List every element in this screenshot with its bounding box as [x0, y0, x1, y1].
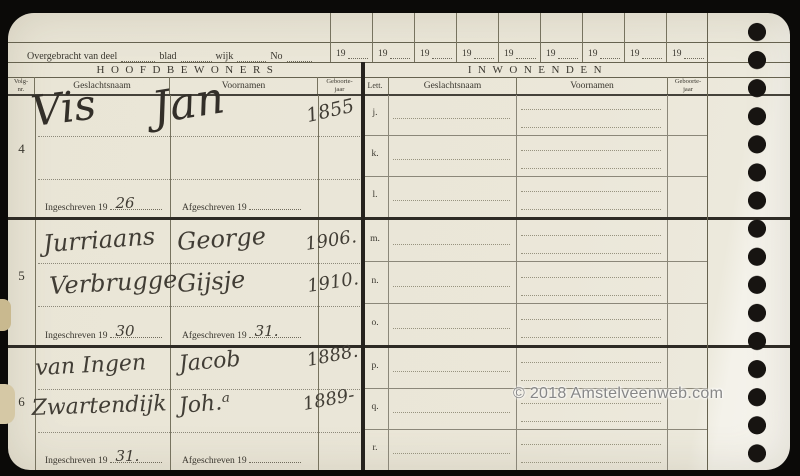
- year-cell: 19: [624, 42, 666, 62]
- writing-line: [521, 209, 661, 210]
- inw-geboortejaar-cell: [668, 262, 708, 303]
- firstname-handwritten: Jacob: [178, 349, 241, 376]
- year-row: 19 19 19 19 19 19 19 19 19: [330, 42, 708, 62]
- dotted-field: 26: [110, 200, 162, 210]
- top-strip-cell: [582, 13, 624, 42]
- writing-line: [38, 263, 360, 264]
- writing-line: [521, 127, 661, 128]
- inwonenden-rows: p. q. r.: [362, 348, 708, 470]
- dotted-field: [287, 52, 312, 62]
- dotted-field: [474, 51, 495, 59]
- year-prefix: 19: [588, 49, 598, 59]
- transfer-label-blad: blad: [159, 51, 176, 62]
- writing-line: [393, 453, 510, 454]
- year-cell: 19: [330, 42, 372, 62]
- ingeschreven-year-handwritten: 26: [116, 194, 135, 212]
- dotted-field: [249, 453, 301, 463]
- dotted-field: [121, 52, 155, 62]
- ingeschreven-year-handwritten: 30: [116, 322, 135, 340]
- writing-line: [521, 380, 661, 381]
- writing-line: [393, 159, 510, 160]
- register-row-4: 4 Vis Jan 1855 Ingeschreven 1926 Afgesch…: [8, 95, 708, 217]
- firstname-handwritten: Gijsje: [176, 267, 246, 296]
- inw-voornamen-cell: [517, 430, 668, 470]
- inw-geboortejaar-cell: [668, 220, 708, 261]
- writing-line: [393, 286, 510, 287]
- inwonende-row: m.: [362, 220, 708, 261]
- writing-line: [521, 337, 661, 338]
- writing-line: [521, 295, 661, 296]
- writing-line: [38, 136, 360, 137]
- letter-cell: p.: [362, 348, 389, 388]
- inw-geslachtsnaam-cell: [389, 348, 517, 388]
- header-geboortejaar: Geboorte-jaar: [318, 77, 362, 94]
- letter-cell: q.: [362, 389, 389, 429]
- year-cell: 19: [414, 42, 456, 62]
- hoofdbewoners-entry: 6 van Ingen Jacob 1888. Zwartendijk Joh.…: [8, 348, 362, 470]
- dotted-field: [558, 51, 579, 59]
- inwonende-row: o.: [362, 303, 708, 345]
- inwonende-row: r.: [362, 429, 708, 470]
- inw-geslachtsnaam-cell: [389, 136, 517, 176]
- year-prefix: 19: [546, 49, 556, 59]
- letter-cell: j.: [362, 95, 389, 135]
- birthyear-handwritten: 1910.: [306, 270, 360, 296]
- writing-line: [38, 432, 360, 433]
- ingeschreven-field: Ingeschreven 1931.: [45, 453, 162, 466]
- year-cell: 19: [456, 42, 498, 62]
- inw-voornamen-cell: [517, 220, 668, 261]
- afgeschreven-field: Afgeschreven 19: [182, 200, 301, 213]
- writing-line: [393, 328, 510, 329]
- firstname-handwritten: Joh.ᵃ: [178, 392, 231, 418]
- year-cell: 19: [582, 42, 624, 62]
- top-strip-cell: [666, 13, 708, 42]
- writing-line: [393, 200, 510, 201]
- top-strip-cell: [372, 13, 414, 42]
- dotted-field: [237, 52, 266, 62]
- dotted-field: [516, 51, 537, 59]
- writing-line: [521, 235, 661, 236]
- register-row-5: 5 Jurriaans George 1906. Verbrugge Gijsj…: [8, 220, 708, 345]
- writing-line: [521, 444, 661, 445]
- firstname-handwritten: George: [176, 224, 266, 254]
- dotted-field: [432, 51, 453, 59]
- inwonenden-rows: j. k. l.: [362, 95, 708, 217]
- inwonenden-title: INWONENDEN: [362, 62, 708, 77]
- dotted-field: [181, 52, 212, 62]
- writing-line: [393, 118, 510, 119]
- writing-line: [38, 179, 360, 180]
- year-cell: 19: [540, 42, 582, 62]
- column-line: [170, 348, 171, 470]
- year-prefix: 19: [336, 49, 346, 59]
- writing-line: [521, 191, 661, 192]
- birthyear-handwritten: 1855: [305, 97, 356, 126]
- ingeschreven-field: Ingeschreven 1930: [45, 328, 162, 341]
- dotted-field: [390, 51, 411, 59]
- row-number: 5: [8, 268, 35, 284]
- writing-line: [521, 150, 661, 151]
- surname-handwritten: Verbrugge: [49, 267, 178, 298]
- writing-line: [393, 244, 510, 245]
- top-strip-cell: [498, 13, 540, 42]
- copyright-watermark: © 2018 Amstelveenweb.com: [513, 385, 723, 403]
- row-number: 4: [8, 141, 35, 157]
- dotted-field: [684, 51, 705, 59]
- afgeschreven-year-handwritten: 31.: [255, 322, 279, 340]
- transfer-label-no: No: [270, 51, 282, 62]
- writing-line: [393, 412, 510, 413]
- inw-geboortejaar-cell: [668, 348, 708, 388]
- dotted-field: 31.: [110, 453, 162, 463]
- inw-geslachtsnaam-cell: [389, 430, 517, 470]
- top-strip-cell: [624, 13, 666, 42]
- inw-voornamen-cell: [517, 136, 668, 176]
- paper-stain: [0, 299, 11, 331]
- writing-line: [393, 371, 510, 372]
- surname-handwritten: Vis: [29, 83, 98, 133]
- inwonende-row: l.: [362, 176, 708, 217]
- inw-voornamen-cell: [517, 304, 668, 345]
- dotted-field: 30: [110, 328, 162, 338]
- section-divider-line: [361, 62, 365, 470]
- afgeschreven-field: Afgeschreven 1931.: [182, 328, 301, 341]
- paper-stain: [0, 384, 15, 424]
- year-prefix: 19: [630, 49, 640, 59]
- writing-line: [521, 421, 661, 422]
- inw-geslachtsnaam-cell: [389, 262, 517, 303]
- inwonenden-rows: m. n. o.: [362, 220, 708, 345]
- header-lett: Lett.: [362, 77, 389, 94]
- dotted-field: [348, 51, 369, 59]
- header-inw-geslachtsnaam: Geslachtsnaam: [389, 77, 517, 94]
- surname-handwritten: van Ingen: [35, 352, 147, 380]
- inw-geslachtsnaam-cell: [389, 95, 517, 135]
- ingeschreven-year-handwritten: 31.: [116, 447, 140, 465]
- inwonende-row: p.: [362, 348, 708, 388]
- inwonende-row: n.: [362, 261, 708, 303]
- inw-geboortejaar-cell: [668, 304, 708, 345]
- inwonende-row: j.: [362, 95, 708, 135]
- hoofdbewoners-entry: 4 Vis Jan 1855 Ingeschreven 1926 Afgesch…: [8, 95, 362, 217]
- year-prefix: 19: [378, 49, 388, 59]
- header-inw-geboortejaar: Geboorte-jaar: [668, 77, 708, 94]
- writing-line: [521, 253, 661, 254]
- year-prefix: 19: [672, 49, 682, 59]
- hoofdbewoners-entry: 5 Jurriaans George 1906. Verbrugge Gijsj…: [8, 220, 362, 345]
- top-strip-cell: [330, 13, 372, 42]
- afgeschreven-field: Afgeschreven 19: [182, 453, 301, 466]
- inw-geboortejaar-cell: [668, 177, 708, 217]
- year-cell: 19: [498, 42, 540, 62]
- inw-voornamen-cell: [517, 177, 668, 217]
- writing-line: [521, 403, 661, 404]
- birthyear-handwritten: 1889-: [302, 386, 356, 414]
- inw-voornamen-cell: [517, 262, 668, 303]
- top-strip-cell: [540, 13, 582, 42]
- letter-cell: r.: [362, 430, 389, 470]
- letter-cell: o.: [362, 304, 389, 345]
- inw-voornamen-cell: [517, 348, 668, 388]
- inw-geslachtsnaam-cell: [389, 389, 517, 429]
- top-strip-cell: [456, 13, 498, 42]
- writing-line: [521, 462, 661, 463]
- surname-handwritten: Jurriaans: [42, 224, 155, 256]
- dotted-field: 31.: [249, 328, 301, 338]
- dotted-field: [642, 51, 663, 59]
- column-line: [35, 220, 36, 345]
- writing-line: [521, 109, 661, 110]
- letter-cell: k.: [362, 136, 389, 176]
- inw-geslachtsnaam-cell: [389, 220, 517, 261]
- surname-handwritten: Zwartendijk: [31, 393, 167, 420]
- year-prefix: 19: [462, 49, 472, 59]
- letter-cell: n.: [362, 262, 389, 303]
- writing-line: [38, 389, 360, 390]
- writing-line: [521, 319, 661, 320]
- firstname-handwritten: Jan: [149, 76, 227, 131]
- punch-holes: [747, 19, 767, 468]
- inw-geslachtsnaam-cell: [389, 304, 517, 345]
- writing-line: [521, 362, 661, 363]
- year-prefix: 19: [504, 49, 514, 59]
- section-titles: HOOFDBEWONERS INWONENDEN: [8, 62, 708, 77]
- writing-line: [521, 168, 661, 169]
- inw-geboortejaar-cell: [668, 95, 708, 135]
- inw-geboortejaar-cell: [668, 430, 708, 470]
- dotted-field: [600, 51, 621, 59]
- letter-cell: l.: [362, 177, 389, 217]
- ingeschreven-field: Ingeschreven 1926: [45, 200, 162, 213]
- register-row-6: 6 van Ingen Jacob 1888. Zwartendijk Joh.…: [8, 348, 708, 470]
- top-strip-cell: [414, 13, 456, 42]
- inw-voornamen-cell: [517, 95, 668, 135]
- inw-geboortejaar-cell: [668, 136, 708, 176]
- writing-line: [521, 277, 661, 278]
- inwonende-row: k.: [362, 135, 708, 176]
- year-cell: 19: [372, 42, 414, 62]
- transfer-label-wijk: wijk: [216, 51, 234, 62]
- transfer-label-deel: Overgebracht van deel: [27, 51, 117, 62]
- inw-geslachtsnaam-cell: [389, 177, 517, 217]
- hoofdbewoners-title: HOOFDBEWONERS: [8, 62, 362, 77]
- header-inw-voornamen: Voornamen: [517, 77, 668, 94]
- year-prefix: 19: [420, 49, 430, 59]
- birthyear-handwritten: 1906.: [304, 228, 358, 254]
- letter-cell: m.: [362, 220, 389, 261]
- column-headers: Volg-nr. Geslachtsnaam Voornamen Geboort…: [8, 77, 708, 94]
- writing-line: [38, 306, 360, 307]
- year-cell: 19: [666, 42, 708, 62]
- top-strip: [330, 13, 708, 42]
- dotted-field: [249, 200, 301, 210]
